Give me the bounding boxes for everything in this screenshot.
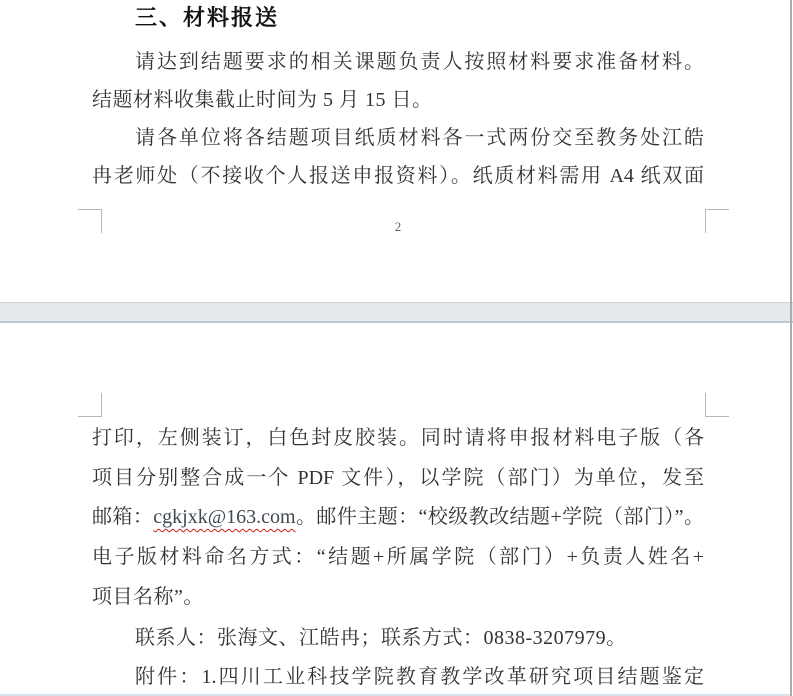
page-gap xyxy=(0,302,793,323)
margin-crop-mark-bottom-right xyxy=(705,209,729,233)
text-line: 电子版材料命名方式：“结题+所属学院（部门）+负责人姓名+ xyxy=(92,538,704,576)
margin-crop-mark-top-right xyxy=(705,393,729,417)
text-line: 请各单位将各结题项目纸质材料各一式两份交至教务处江皓 xyxy=(135,119,704,157)
document-viewport: 三、材料报送 请达到结题要求的相关课题负责人按照材料要求准备材料。 结题材料收集… xyxy=(0,0,793,696)
page-right-border xyxy=(790,0,792,696)
email-line-suffix: 。邮件主题：“校级教改结题+学院（部门）”。 xyxy=(296,506,704,528)
email-link[interactable]: cgkjxk@163.com xyxy=(153,506,295,528)
margin-crop-mark-top-left xyxy=(78,393,102,417)
text-line: 项目名称”。 xyxy=(92,578,704,616)
text-line: 项目分别整合成一个 PDF 文件），以学院（部门）为单位，发至 xyxy=(92,459,704,497)
email-label: 邮箱： xyxy=(92,506,153,528)
text-line: 请达到结题要求的相关课题负责人按照材料要求准备材料。 xyxy=(135,43,704,81)
text-line-email: 邮箱：cgkjxk@163.com。邮件主题：“校级教改结题+学院（部门）”。 xyxy=(92,498,704,536)
text-line: 结题材料收集截止时间为 5 月 15 日。 xyxy=(92,81,704,119)
attachment-line: 附件：1.四川工业科技学院教育教学改革研究项目结题鉴定 xyxy=(135,658,704,696)
text-line: 打印，左侧装订，白色封皮胶装。同时请将申报材料电子版（各 xyxy=(92,419,704,457)
page-number: 2 xyxy=(92,217,704,237)
text-line: 冉老师处（不接收个人报送申报资料）。纸质材料需用 A4 纸双面 xyxy=(92,157,704,195)
contact-line: 联系人：张海文、江皓冉；联系方式：0838-3207979。 xyxy=(135,619,704,657)
section-heading: 三、材料报送 xyxy=(135,2,279,34)
